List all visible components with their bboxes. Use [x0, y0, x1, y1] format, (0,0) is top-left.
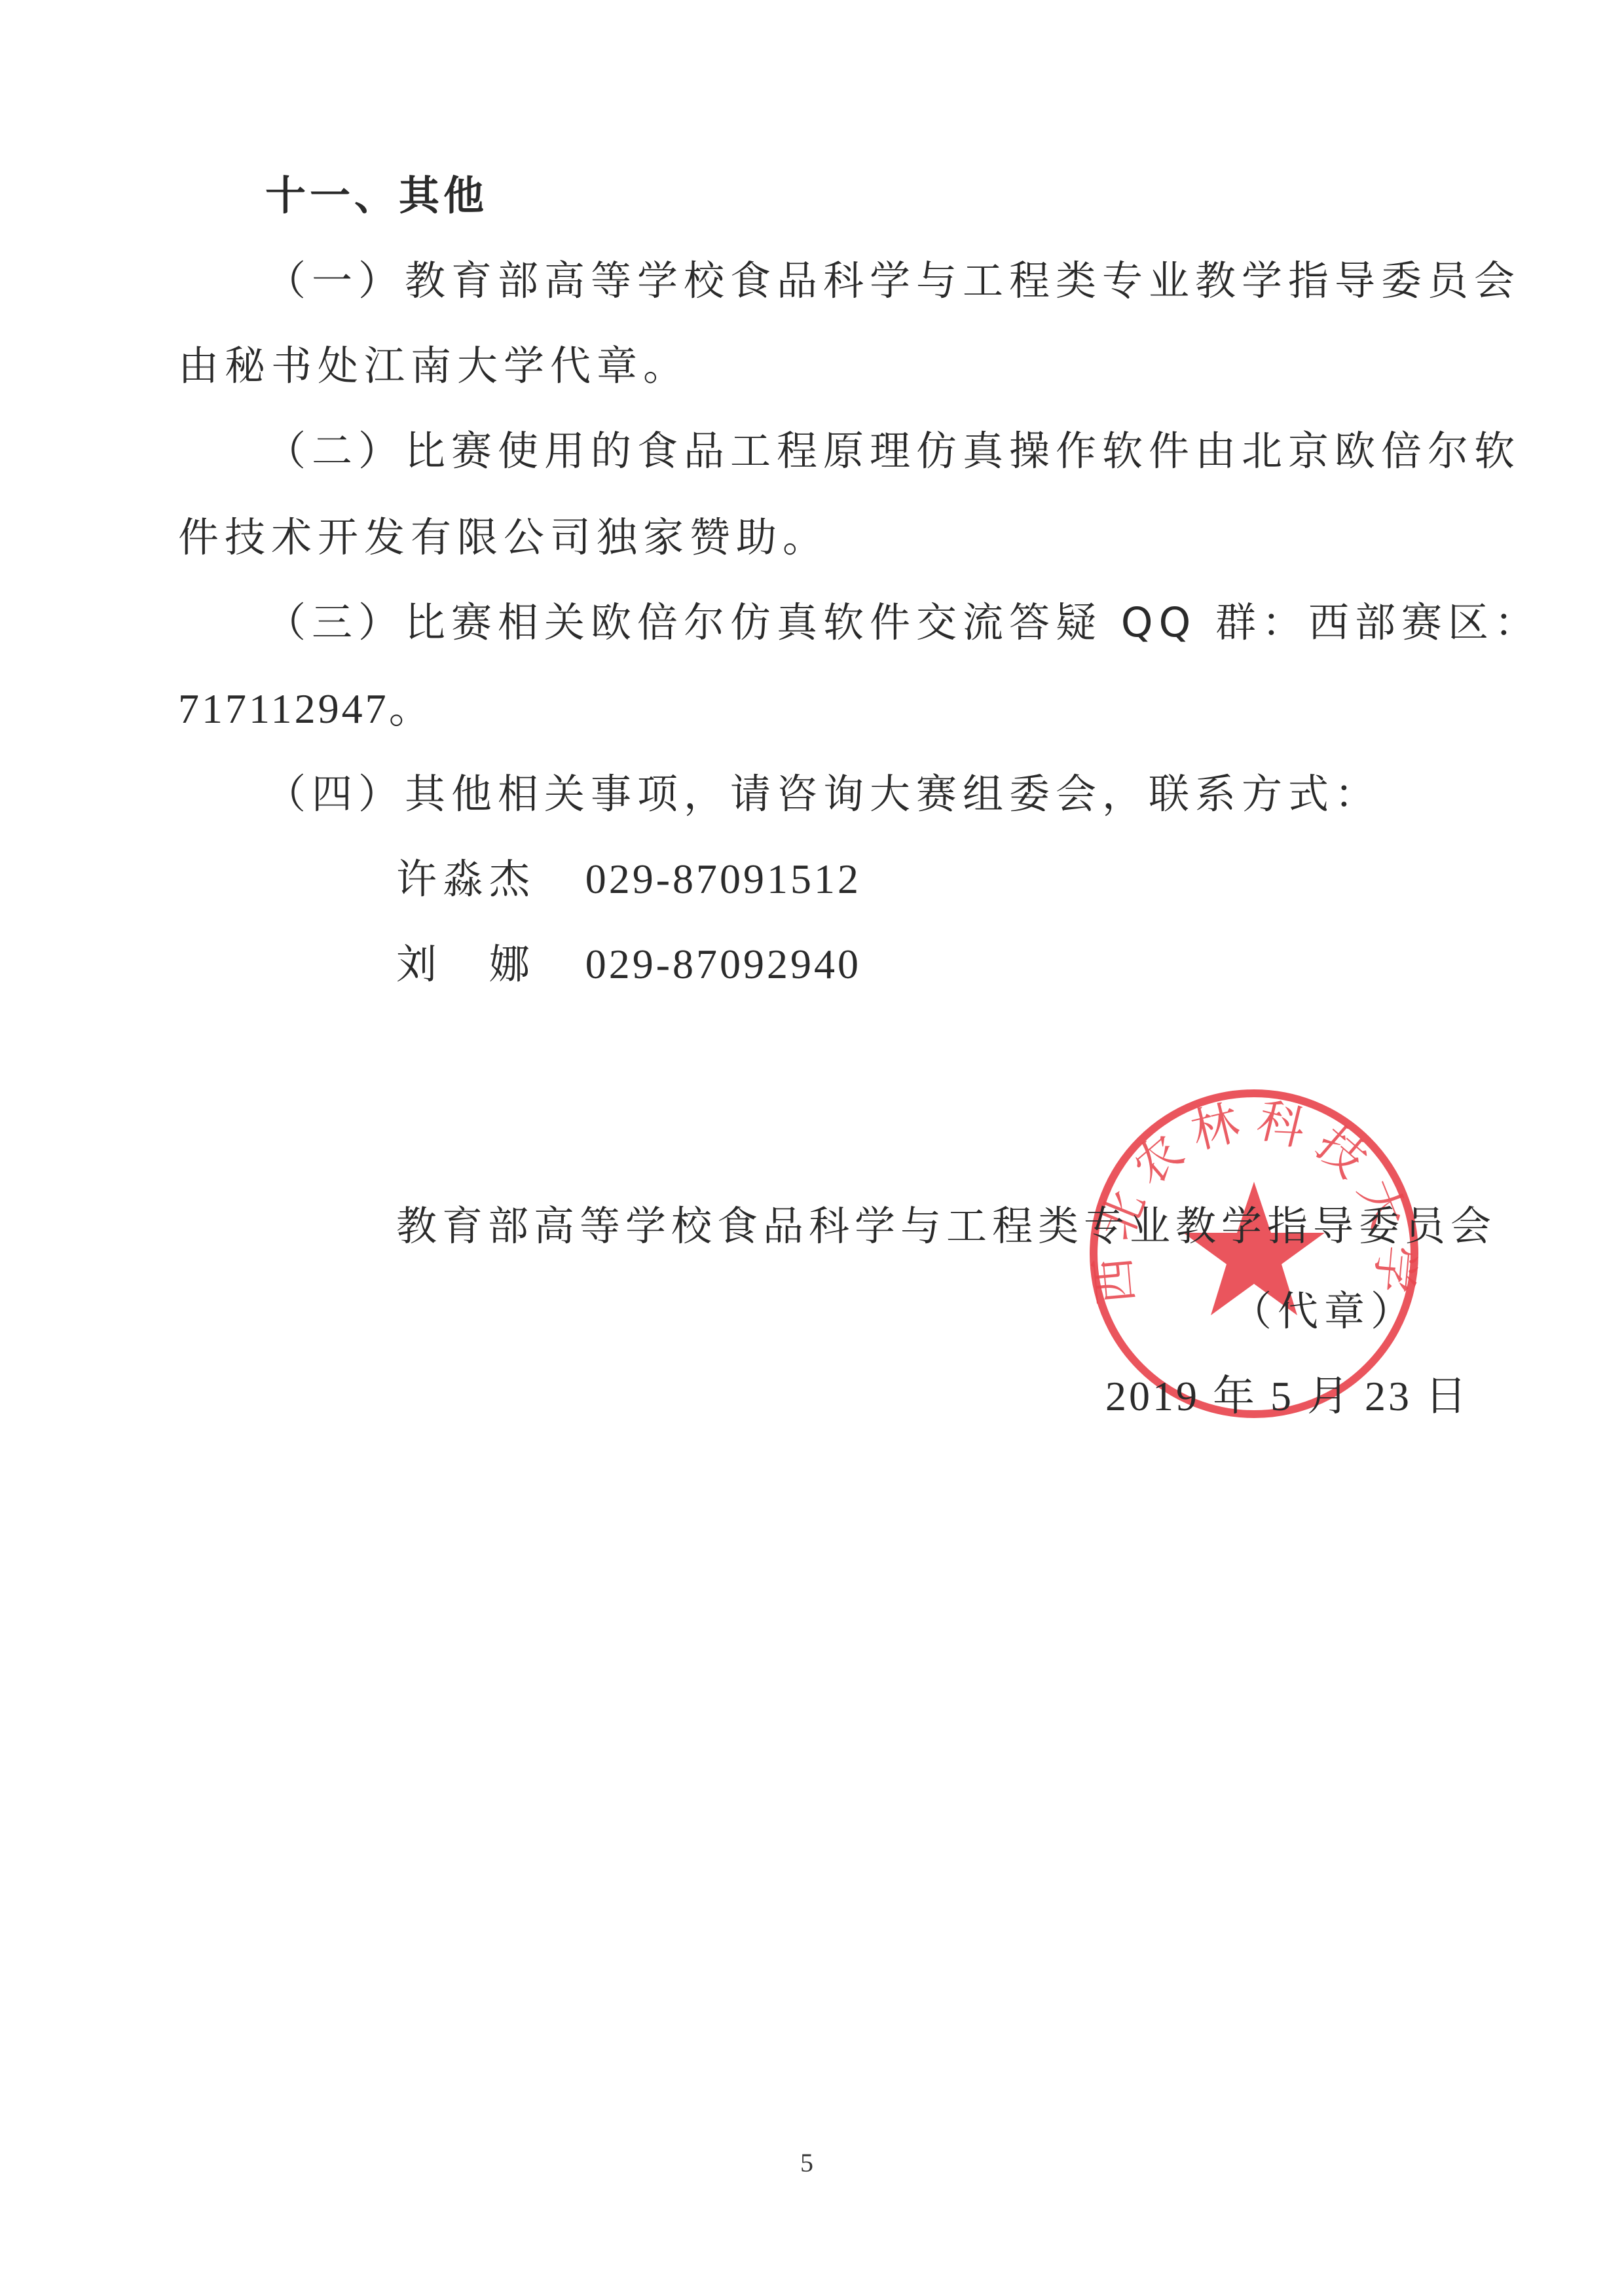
item-4-line-1: （四）其他相关事项，请咨询大赛组委会，联系方式：	[265, 774, 1381, 814]
contact-name: 刘 娜	[396, 944, 566, 985]
document-page: 十一、其他 （一）教育部高等学校食品科学与工程类专业教学指导委员会 由秘书处江南…	[0, 0, 1624, 2296]
item-3-line-1: （三）比赛相关欧倍尔仿真软件交流答疑 QQ 群：西部赛区：	[265, 602, 1541, 643]
contact-phone: 029-87091512	[585, 856, 861, 902]
contact-row: 许淼杰 029-87091512	[396, 859, 861, 900]
contact-phone: 029-87092940	[585, 941, 861, 987]
item-1-line-1: （一）教育部高等学校食品科学与工程类专业教学指导委员会	[265, 261, 1521, 301]
seal-note: （代章）	[1231, 1291, 1417, 1332]
item-1-line-2: 由秘书处江南大学代章。	[178, 346, 690, 386]
item-2-line-1: （二）比赛使用的食品工程原理仿真操作软件由北京欧倍尔软	[265, 431, 1521, 471]
signature-organization: 教育部高等学校食品科学与工程类专业教学指导委员会	[396, 1206, 1496, 1247]
signature-date: 2019 年 5 月 23 日	[1105, 1376, 1469, 1417]
section-heading: 十一、其他	[265, 175, 488, 216]
item-3-line-2: 717112947。	[178, 689, 434, 729]
item-2-line-2: 件技术开发有限公司独家赞助。	[178, 517, 829, 558]
page-number: 5	[800, 2147, 813, 2178]
contact-name: 许淼杰	[396, 859, 566, 900]
contact-row: 刘 娜 029-87092940	[396, 944, 861, 985]
